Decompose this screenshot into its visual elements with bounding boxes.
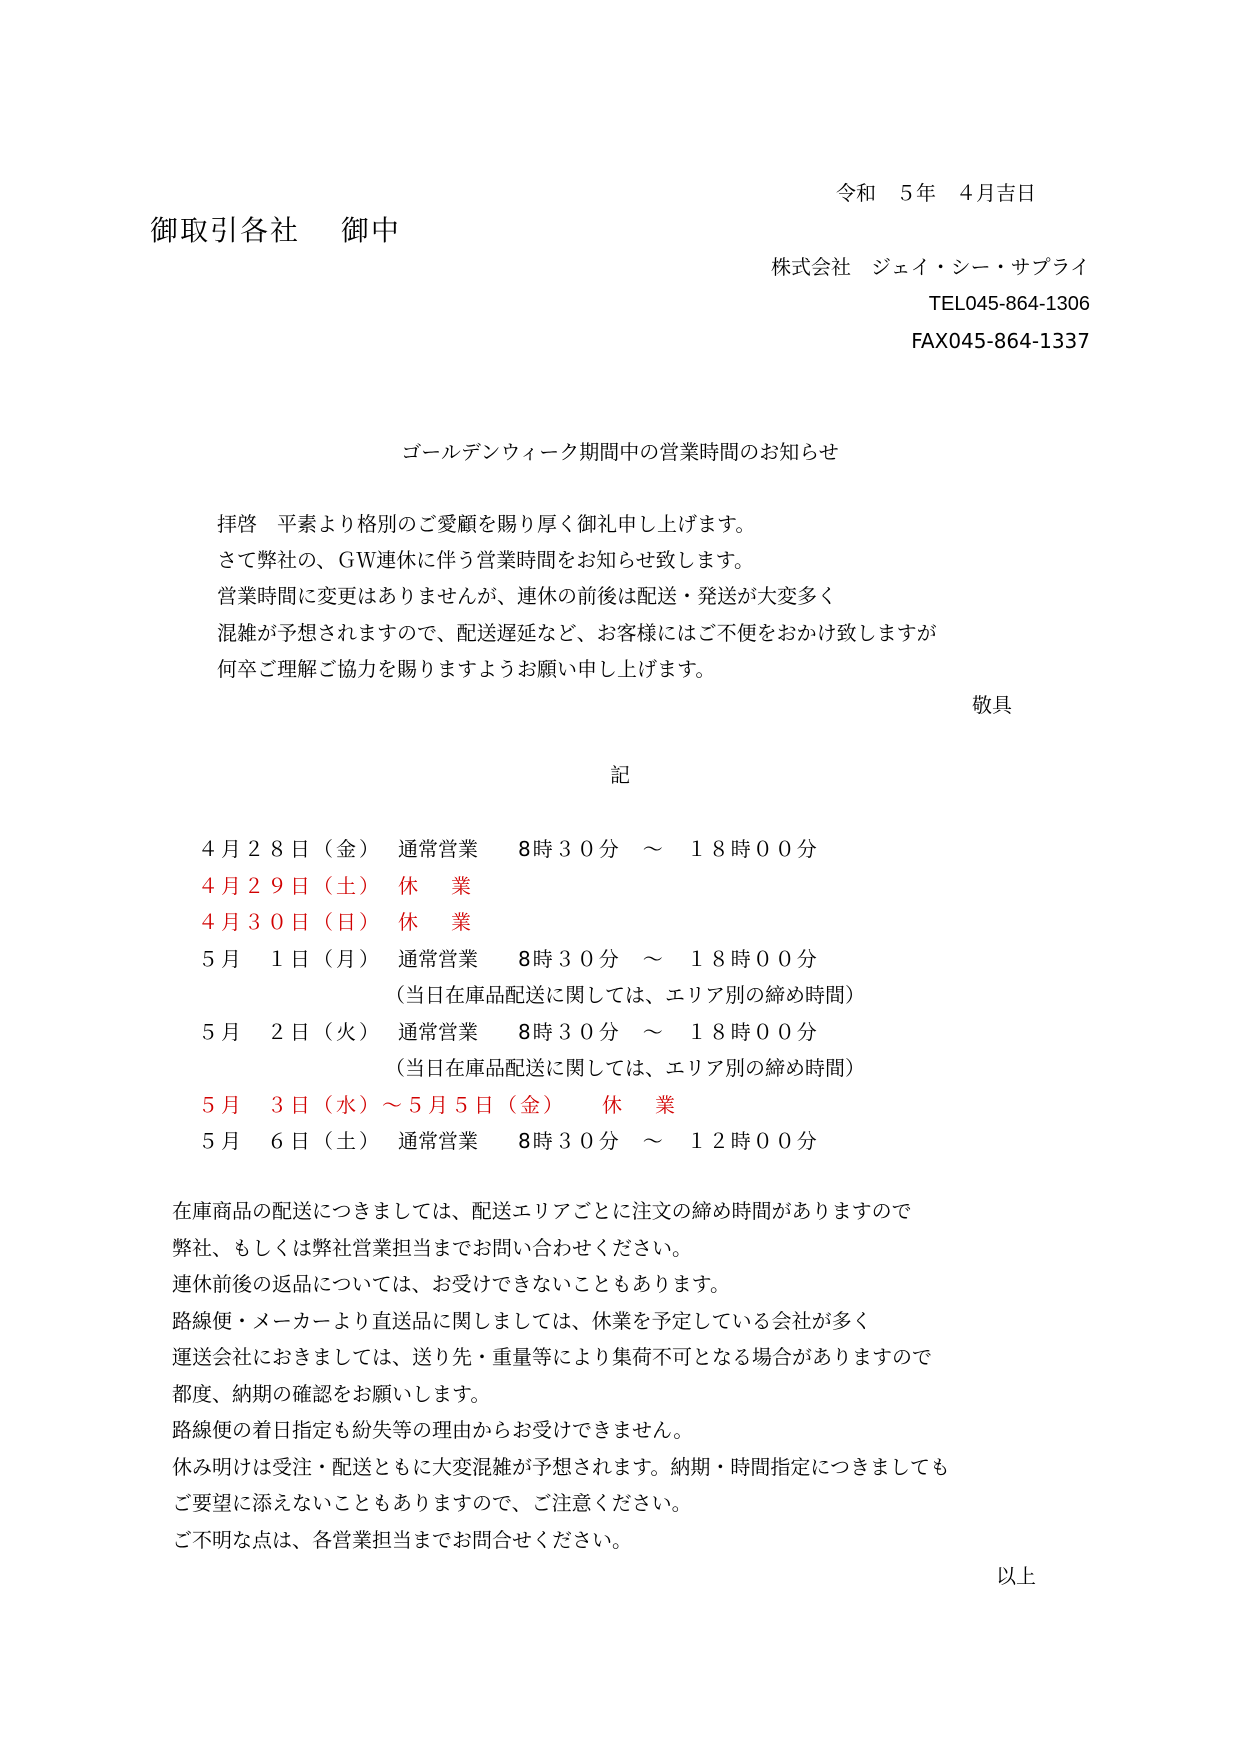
issue-date: 令和 ５年 ４月吉日 xyxy=(836,181,1036,205)
schedule-status: 休業 xyxy=(398,910,518,934)
schedule-hours: 8時３０分 ～ １８時００分 xyxy=(518,1020,819,1044)
schedule-row-closed: ５月 ３日（水）～５月５日（金）休業 xyxy=(198,1093,722,1117)
greeting-line: 営業時間に変更はありませんが、連休の前後は配送・発送が大変多く xyxy=(217,584,837,608)
note-line: 運送会社におきましては、送り先・重量等により集荷不可となる場合がありますので xyxy=(172,1345,932,1369)
schedule-row: ４月２８日（金）通常営業8時３０分 ～ １８時００分 xyxy=(198,837,819,861)
schedule-status: 通常営業 xyxy=(398,947,518,971)
schedule-status: 休業 xyxy=(398,874,518,898)
note-line: 連休前後の返品については、お受けできないこともあります。 xyxy=(172,1272,730,1296)
schedule-note: （当日在庫品配送に関しては、エリア別の締め時間） xyxy=(385,983,865,1007)
ki-heading: 記 xyxy=(0,763,1240,787)
note-line: 弊社、もしくは弊社営業担当までお問い合わせください。 xyxy=(172,1236,692,1260)
schedule-date: ５月 ３日（水）～５月５日（金） xyxy=(198,1093,566,1117)
schedule-date: ５月 ２日（火） xyxy=(198,1020,398,1044)
schedule-hours: 8時３０分 ～ １８時００分 xyxy=(518,837,819,861)
schedule-note: （当日在庫品配送に関しては、エリア別の締め時間） xyxy=(385,1056,865,1080)
schedule-row: ５月 ２日（火）通常営業8時３０分 ～ １８時００分 xyxy=(198,1020,819,1044)
sender-company: 株式会社 ジェイ・シー・サプライ xyxy=(771,255,1090,279)
schedule-status: 休業 xyxy=(602,1093,722,1117)
schedule-status: 通常営業 xyxy=(398,837,518,861)
closing-keigu: 敬具 xyxy=(972,693,1012,717)
end-mark: 以上 xyxy=(996,1564,1036,1588)
note-line: 在庫商品の配送につきましては、配送エリアごとに注文の締め時間がありますので xyxy=(172,1199,912,1223)
greeting-line: さて弊社の、ＧＷ連休に伴う営業時間をお知らせ致します。 xyxy=(217,548,754,572)
sender-fax: FAX045-864-1337 xyxy=(911,329,1090,353)
schedule-hours: 8時３０分 ～ １２時００分 xyxy=(518,1129,819,1153)
schedule-date: ４月２８日（金） xyxy=(198,837,398,861)
note-line: 路線便・メーカーより直送品に関しましては、休業を予定している会社が多く xyxy=(172,1309,872,1333)
schedule-row-closed: ４月３０日（日）休業 xyxy=(198,910,518,934)
note-line: ご不明な点は、各営業担当までお問合せください。 xyxy=(172,1528,632,1552)
note-line: 都度、納期の確認をお願いします。 xyxy=(172,1382,490,1406)
schedule-row: ５月 １日（月）通常営業8時３０分 ～ １８時００分 xyxy=(198,947,819,971)
note-line: 路線便の着日指定も紛失等の理由からお受けできません。 xyxy=(172,1418,693,1442)
sender-tel: TEL045-864-1306 xyxy=(929,292,1090,316)
note-line: 休み明けは受注・配送ともに大変混雑が予想されます。納期・時間指定につきましても xyxy=(172,1455,950,1479)
schedule-date: ５月 １日（月） xyxy=(198,947,398,971)
greeting-line: 混雑が予想されますので、配送遅延など、お客様にはご不便をおかけ致しますが xyxy=(217,621,937,645)
notice-title: ゴールデンウィーク期間中の営業時間のお知らせ xyxy=(0,440,1240,464)
greeting-line: 何卒ご理解ご協力を賜りますようお願い申し上げます。 xyxy=(217,657,715,681)
schedule-date: ５月 ６日（土） xyxy=(198,1129,398,1153)
schedule-date: ４月２９日（土） xyxy=(198,874,398,898)
schedule-date: ４月３０日（日） xyxy=(198,910,398,934)
greeting-line: 拝啓 平素より格別のご愛顧を賜り厚く御礼申し上げます。 xyxy=(217,512,755,536)
schedule-row-closed: ４月２９日（土）休業 xyxy=(198,874,518,898)
schedule-row: ５月 ６日（土）通常営業8時３０分 ～ １２時００分 xyxy=(198,1129,819,1153)
schedule-hours: 8時３０分 ～ １８時００分 xyxy=(518,947,819,971)
schedule-status: 通常営業 xyxy=(398,1129,518,1153)
note-line: ご要望に添えないこともありますので、ご注意ください。 xyxy=(172,1491,692,1515)
addressee: 御取引各社 御中 xyxy=(150,214,401,248)
schedule-status: 通常営業 xyxy=(398,1020,518,1044)
